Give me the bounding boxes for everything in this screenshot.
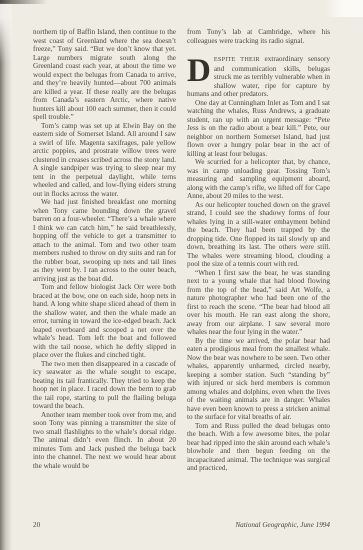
paragraph: We had just finished breakfast one morni… — [33, 198, 176, 283]
footer-citation: National Geographic, June 1994 — [235, 521, 330, 529]
paragraph: Tom’s camp was set up at Elwin Bay on th… — [33, 122, 176, 199]
scan-edge-fade — [0, 3, 12, 63]
paragraph: We scurried for a helicopter that, by ch… — [187, 158, 330, 201]
paragraph: As our helicopter touched down on the gr… — [187, 201, 330, 269]
drop-cap-paragraph: DESPITE THEIR extraordinary sensory and … — [187, 55, 330, 99]
article-body: northern tip of Baffin Island, then cont… — [33, 28, 330, 473]
paragraph: The two men then disappeared in a cascad… — [33, 360, 176, 411]
paragraph: Tom and Russ pulled the dead belugas ont… — [187, 422, 330, 473]
drop-cap-letter: D — [187, 55, 214, 89]
scan-edge-shadow — [0, 0, 12, 550]
page-number: 20 — [33, 521, 40, 529]
paragraph: northern tip of Baffin Island, then cont… — [33, 28, 176, 122]
paragraph: “When I first saw the bear, he was stand… — [187, 269, 330, 337]
paragraph: Tom and fellow biologist Jack Orr were b… — [33, 283, 176, 360]
lead-in-small-caps: ESPITE THEIR — [214, 56, 260, 63]
paragraph: from Tony’s lab at Cambridge, where his … — [187, 28, 330, 45]
magazine-page: northern tip of Baffin Island, then cont… — [0, 0, 363, 550]
paragraph: One day at Cunningham Inlet as Tom and I… — [187, 99, 330, 159]
right-column: from Tony’s lab at Cambridge, where his … — [187, 28, 330, 473]
left-column: northern tip of Baffin Island, then cont… — [33, 28, 176, 473]
paragraph: Another team member took over from me, a… — [33, 411, 176, 471]
page-footer: 20 National Geographic, June 1994 — [33, 521, 330, 529]
scan-corner-highlight — [325, 0, 363, 17]
paragraph: By the time we arrived, the polar bear h… — [187, 337, 330, 422]
scan-smudge — [0, 0, 48, 4]
